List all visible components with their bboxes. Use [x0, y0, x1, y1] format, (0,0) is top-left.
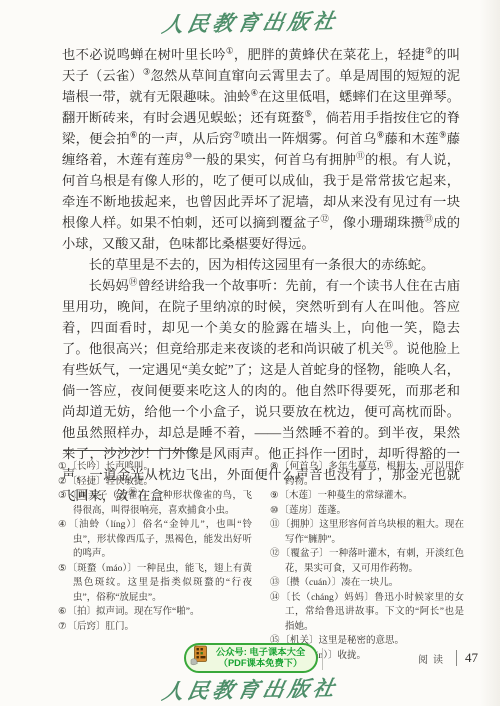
footnote-ref: ⑧: [377, 130, 385, 140]
footnote-ref: ⑭: [129, 277, 138, 287]
footnote-ref: ③: [143, 67, 151, 77]
footnote-ref: ⑦: [233, 130, 241, 140]
footnote-item: ⑨〔木莲〕一种蔓生的常绿灌木。: [270, 489, 464, 504]
footnote-ref: ⑫: [320, 214, 329, 224]
footnote-number: ②: [58, 477, 67, 487]
footnotes-left: ①〔长吟〕长声鸣叫。②〔轻捷〕轻快敏捷。③〔叫天子（云雀）〕一种形状像雀的鸟，飞…: [58, 460, 252, 663]
footnote-item: ⑭〔长（cháng）妈妈〕鲁迅小时候家里的女工，常给鲁迅讲故事。下文的“阿长”也…: [270, 591, 464, 635]
main-text: 也不必说鸣蝉在树叶里长吟①，肥胖的黄蜂伏在菜花上，轻捷②的叫天子（云雀）③忽然从…: [62, 44, 460, 506]
footnote-ref: ⑥: [130, 130, 138, 140]
publisher-logo-bottom: 人民教育出版社: [0, 674, 500, 704]
publisher-logo-text-top: 人民教育出版社: [159, 5, 340, 39]
footer-divider-bar: [456, 650, 457, 666]
footnote-item: ④〔油蛉（líng）〕俗名“金钟儿”，也叫“铃虫”，形状像西瓜子，黑褐色，能发出…: [58, 518, 252, 562]
footnote-ref: ⑤: [304, 109, 312, 119]
footnote-item: ⑩〔莲房〕莲蓬。: [270, 504, 464, 519]
footnote-ref: ④: [250, 88, 258, 98]
footnote-item: ⑤〔斑蝥（máo）〕一种昆虫，能飞，翅上有黄黑色斑纹。这里是指类似斑蝥的“行夜虫…: [58, 562, 252, 606]
badge-separator-bar: [322, 648, 323, 670]
footnote-number: ⑬: [270, 578, 280, 588]
footnote-ref: ②: [425, 46, 433, 56]
qr-book-icon: [190, 645, 208, 672]
footnote-number: ⑧: [270, 462, 279, 472]
wechat-promo-badge: 公众号: 电子课本大全 （PDF课本免费下）: [184, 643, 318, 673]
paragraph: 也不必说鸣蝉在树叶里长吟①，肥胖的黄蜂伏在菜花上，轻捷②的叫天子（云雀）③忽然从…: [62, 44, 460, 254]
section-label: 阅读: [418, 651, 448, 666]
badge-text: 公众号: 电子课本大全 （PDF课本免费下）: [210, 647, 311, 669]
footnote-number: ⑩: [270, 506, 279, 516]
footnote-number: ⑪: [270, 520, 280, 530]
footnote-item: ①〔长吟〕长声鸣叫。: [58, 460, 252, 475]
footnote-ref: ①: [226, 46, 234, 56]
page-footer-meta: 阅读 47: [418, 650, 478, 666]
footnote-number: ⑨: [270, 491, 279, 501]
footnote-number: ⑦: [58, 622, 67, 632]
footnote-item: ⑦〔后窍〕肛门。: [58, 620, 252, 635]
footnote-item: ③〔叫天子（云雀）〕一种形状像雀的鸟，飞得很高，叫得很响亮，喜欢捕食小虫。: [58, 489, 252, 518]
footnote-ref: ⑩: [185, 151, 193, 161]
footnote-item: ⑥〔拍〕拟声词。现在写作“啪”。: [58, 605, 252, 620]
footnote-item: ⑫〔覆盆子〕一种落叶灌木，有刺，开淡红色花，果实可食，又可用作药物。: [270, 547, 464, 576]
footnote-item: ⑪〔拥肿〕这里形容何首乌块根的粗大。现在写作“臃肿”。: [270, 518, 464, 547]
footnote-ref: ⑮: [384, 340, 393, 350]
badge-line1: 公众号: 电子课本大全: [210, 647, 311, 658]
page-number: 47: [465, 650, 478, 666]
footnote-number: ①: [58, 462, 67, 472]
paragraph: 长的草里是不去的，因为相传这园里有一条很大的赤练蛇。: [62, 254, 460, 275]
badge-line2: （PDF课本免费下）: [210, 658, 311, 669]
textbook-page: 人民教育出版社 也不必说鸣蝉在树叶里长吟①，肥胖的黄蜂伏在菜花上，轻捷②的叫天子…: [0, 0, 500, 706]
footnote-columns: ①〔长吟〕长声鸣叫。②〔轻捷〕轻快敏捷。③〔叫天子（云雀）〕一种形状像雀的鸟，飞…: [58, 460, 464, 663]
footnote-item: ②〔轻捷〕轻快敏捷。: [58, 475, 252, 490]
footnote-number: ⑥: [58, 607, 67, 617]
footnote-divider: [63, 450, 196, 451]
publisher-logo-text-bottom: 人民教育出版社: [159, 672, 340, 706]
footnote-number: ④: [58, 520, 68, 530]
footnote-ref: ⑬: [424, 214, 433, 224]
footnote-item: ⑬〔攒（cuán）〕凑在一块儿。: [270, 576, 464, 591]
footnote-number: ③: [58, 491, 67, 501]
footnote-ref: ⑪: [356, 151, 365, 161]
publisher-logo-top: 人民教育出版社: [0, 7, 500, 37]
footnotes-section: ①〔长吟〕长声鸣叫。②〔轻捷〕轻快敏捷。③〔叫天子（云雀）〕一种形状像雀的鸟，飞…: [58, 450, 464, 663]
footnote-item: ⑧〔何首乌〕多年生蔓草，根粗大，可以用作药物。: [270, 460, 464, 489]
footnote-ref: ⑨: [439, 130, 447, 140]
footnotes-right: ⑧〔何首乌〕多年生蔓草，根粗大，可以用作药物。⑨〔木莲〕一种蔓生的常绿灌木。⑩〔…: [270, 460, 464, 663]
footnote-number: ⑭: [270, 593, 280, 603]
footnote-number: ⑫: [270, 549, 280, 559]
footnote-number: ⑤: [58, 564, 67, 574]
